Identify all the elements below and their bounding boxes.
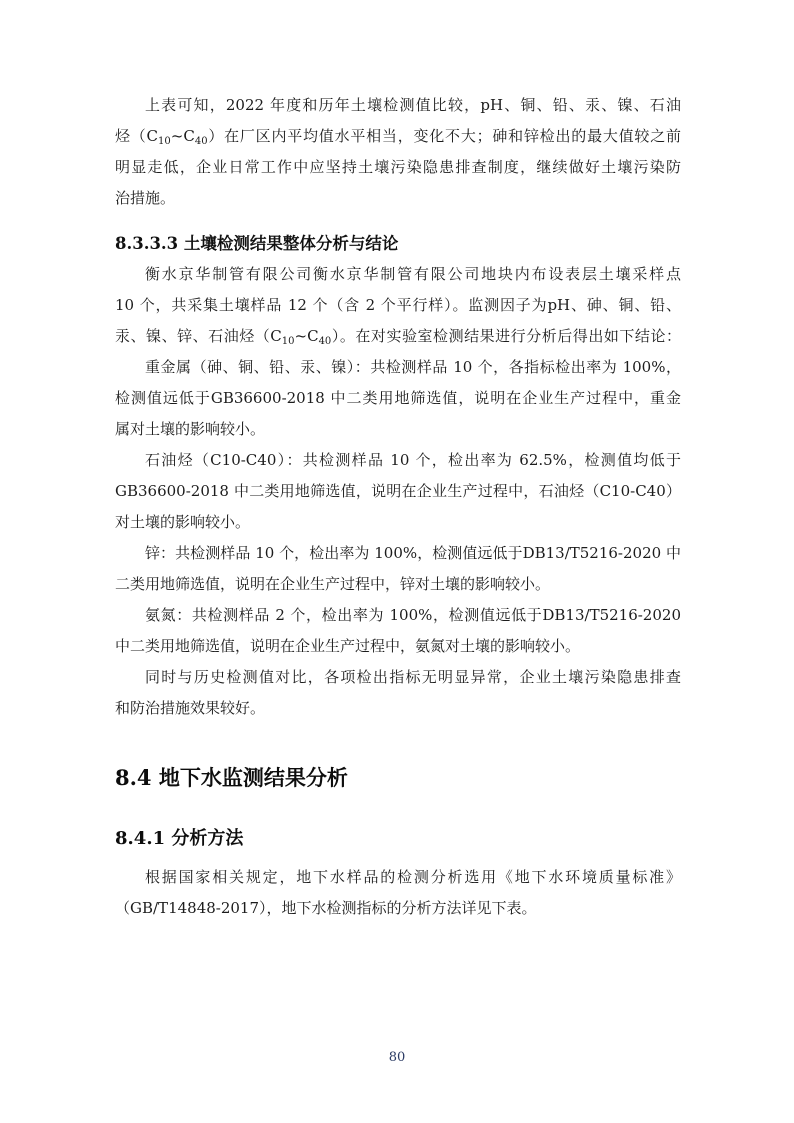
subscript: 10	[158, 136, 171, 147]
text-line: 明显走低，企业日常工作中应坚持土壤污染隐患排查制度，继续做好土壤污染防	[115, 152, 681, 183]
subscript: 40	[319, 336, 332, 347]
text-segment: 烃（C	[115, 127, 158, 145]
text-line: 检测值远低于GB36600-2018 中二类用地筛选值，说明在企业生产过程中，重…	[115, 383, 681, 414]
paragraph-soil-comparison: 上表可知，2022 年度和历年土壤检测值比较，pH、铜、铅、汞、镍、石油 烃（C…	[115, 90, 681, 214]
text-line: 根据国家相关规定，地下水样品的检测分析选用《地下水环境质量标准》	[115, 862, 681, 893]
text-line: 对土壤的影响较小。	[115, 507, 681, 538]
text-line: 衡水京华制管有限公司衡水京华制管有限公司地块内布设表层土壤采样点	[115, 259, 681, 290]
page-number: 80	[0, 1048, 794, 1068]
section-heading-8-4: 8.4 地下水监测结果分析	[115, 758, 681, 798]
text-line: 治措施。	[115, 183, 681, 214]
text-line: 属对土壤的影响较小。	[115, 414, 681, 445]
paragraph-analysis-method: 根据国家相关规定，地下水样品的检测分析选用《地下水环境质量标准》 （GB/T14…	[115, 862, 681, 924]
subscript: 40	[195, 136, 208, 147]
text-segment: ）在厂区内平均值水平相当，变化不大；砷和锌检出的最大值较之前	[208, 127, 681, 145]
text-line: 和防治措施效果较好。	[115, 693, 681, 724]
text-line: 上表可知，2022 年度和历年土壤检测值比较，pH、铜、铅、汞、镍、石油	[115, 90, 681, 121]
text-line: 二类用地筛选值，说明在企业生产过程中，锌对土壤的影响较小。	[115, 569, 681, 600]
text-segment: ）。在对实验室检测结果进行分析后得出如下结论：	[331, 327, 681, 345]
paragraph-petroleum-hydrocarbons: 石油烃（C10-C40）：共检测样品 10 个，检出率为 62.5%，检测值均低…	[115, 445, 681, 538]
document-page: 上表可知，2022 年度和历年土壤检测值比较，pH、铜、铅、汞、镍、石油 烃（C…	[0, 0, 794, 1123]
text-line: 石油烃（C10-C40）：共检测样品 10 个，检出率为 62.5%，检测值均低…	[115, 445, 681, 476]
text-line: 同时与历史检测值对比，各项检出指标无明显异常，企业土壤污染隐患排查	[115, 662, 681, 693]
paragraph-sampling-overview: 衡水京华制管有限公司衡水京华制管有限公司地块内布设表层土壤采样点 10 个，共采…	[115, 259, 681, 352]
text-line: 中二类用地筛选值，说明在企业生产过程中，氨氮对土壤的影响较小。	[115, 631, 681, 662]
text-line: 氨氮：共检测样品 2 个，检出率为 100%，检测值远低于DB13/T5216-…	[115, 600, 681, 631]
text-line: 汞、镍、锌、石油烃（C10~C40）。在对实验室检测结果进行分析后得出如下结论：	[115, 321, 681, 352]
text-segment: ~C	[171, 127, 195, 145]
paragraph-heavy-metals: 重金属（砷、铜、铅、汞、镍）：共检测样品 10 个，各指标检出率为 100%， …	[115, 352, 681, 445]
text-line: 锌：共检测样品 10 个，检出率为 100%，检测值远低于DB13/T5216-…	[115, 538, 681, 569]
document-body: 上表可知，2022 年度和历年土壤检测值比较，pH、铜、铅、汞、镍、石油 烃（C…	[115, 90, 681, 924]
paragraph-history-comparison: 同时与历史检测值对比，各项检出指标无明显异常，企业土壤污染隐患排查 和防治措施效…	[115, 662, 681, 724]
subscript: 10	[282, 336, 295, 347]
section-heading-8-3-3-3: 8.3.3.3 土壤检测结果整体分析与结论	[115, 228, 681, 259]
paragraph-ammonia-nitrogen: 氨氮：共检测样品 2 个，检出率为 100%，检测值远低于DB13/T5216-…	[115, 600, 681, 662]
text-line: GB36600-2018 中二类用地筛选值，说明在企业生产过程中，石油烃（C10…	[115, 476, 681, 507]
text-segment: 汞、镍、锌、石油烃（C	[115, 327, 282, 345]
text-line: 重金属（砷、铜、铅、汞、镍）：共检测样品 10 个，各指标检出率为 100%，	[115, 352, 681, 383]
text-line: （GB/T14848-2017），地下水检测指标的分析方法详见下表。	[115, 893, 681, 924]
text-segment: ~C	[295, 327, 319, 345]
text-line: 10 个，共采集土壤样品 12 个（含 2 个平行样）。监测因子为pH、砷、铜、…	[115, 290, 681, 321]
text-line: 烃（C10~C40）在厂区内平均值水平相当，变化不大；砷和锌检出的最大值较之前	[115, 121, 681, 152]
paragraph-zinc: 锌：共检测样品 10 个，检出率为 100%，检测值远低于DB13/T5216-…	[115, 538, 681, 600]
section-heading-8-4-1: 8.4.1 分析方法	[115, 822, 681, 856]
